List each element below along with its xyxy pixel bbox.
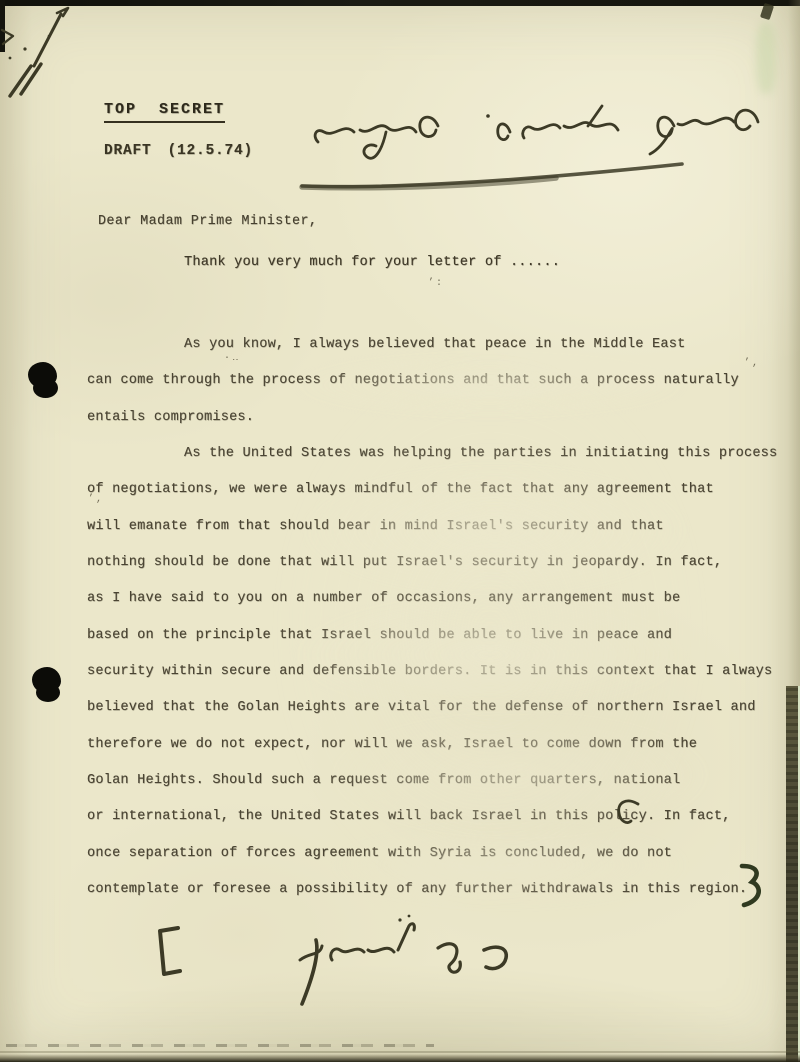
letter-line: can come through the process of negotiat… [87, 363, 777, 399]
letter-line: of negotiations, we were always mindful … [87, 472, 777, 508]
classification-stamp: TOP SECRET [104, 101, 225, 123]
letter-line: entails compromises. [87, 400, 777, 436]
letter-line: as I have said to you on a number of occ… [87, 581, 777, 617]
hole-punch-blob [36, 683, 60, 702]
scan-edge-right-shade [788, 0, 800, 686]
letter-line: As the United States was helping the par… [87, 436, 777, 472]
draft-label: DRAFT [104, 143, 152, 159]
letter-line: or international, the United States will… [87, 799, 777, 835]
letter-body: As you know, I always believed that peac… [87, 327, 777, 909]
letter-line: therefore we do not expect, nor will we … [87, 727, 777, 763]
opening-line: Thank you very much for your letter of .… [184, 255, 560, 270]
draft-line: DRAFT(12.5.74) [104, 143, 253, 159]
letter-line: nothing should be done that will put Isr… [87, 545, 777, 581]
letter-line: As you know, I always believed that peac… [87, 327, 777, 363]
ink-specks-under-opening: ’: [428, 278, 444, 289]
pen-marks-top-left [0, 4, 90, 104]
handwritten-hebrew-note-top [288, 96, 770, 196]
scan-edge-bottom [0, 1054, 800, 1062]
hole-punch-blob [33, 378, 58, 398]
scanned-letter-page: TOP SECRET DRAFT(12.5.74) Dear Madam Pri… [0, 0, 800, 1062]
letter-line: security within secure and defensible bo… [87, 654, 777, 690]
letter-line: contemplate or foresee a possibility of … [87, 872, 777, 908]
letter-line: will emanate from that should bear in mi… [87, 509, 777, 545]
draft-date: (12.5.74) [168, 143, 254, 159]
letter-line: Golan Heights. Should such a request com… [87, 763, 777, 799]
letter-line: once separation of forces agreement with… [87, 836, 777, 872]
green-tint-top-right [756, 22, 776, 94]
salutation: Dear Madam Prime Minister, [98, 214, 317, 229]
letter-line: based on the principle that Israel shoul… [87, 618, 777, 654]
scan-edge-top [0, 0, 800, 6]
scan-artifact-dashed-line [6, 1044, 434, 1047]
handwritten-hebrew-note-bottom [148, 912, 528, 1012]
handwritten-closing-brace [736, 860, 768, 910]
handwritten-open-bracket [610, 795, 642, 829]
scan-artifact-faint-line [0, 1051, 800, 1053]
letter-line: believed that the Golan Heights are vita… [87, 690, 777, 726]
